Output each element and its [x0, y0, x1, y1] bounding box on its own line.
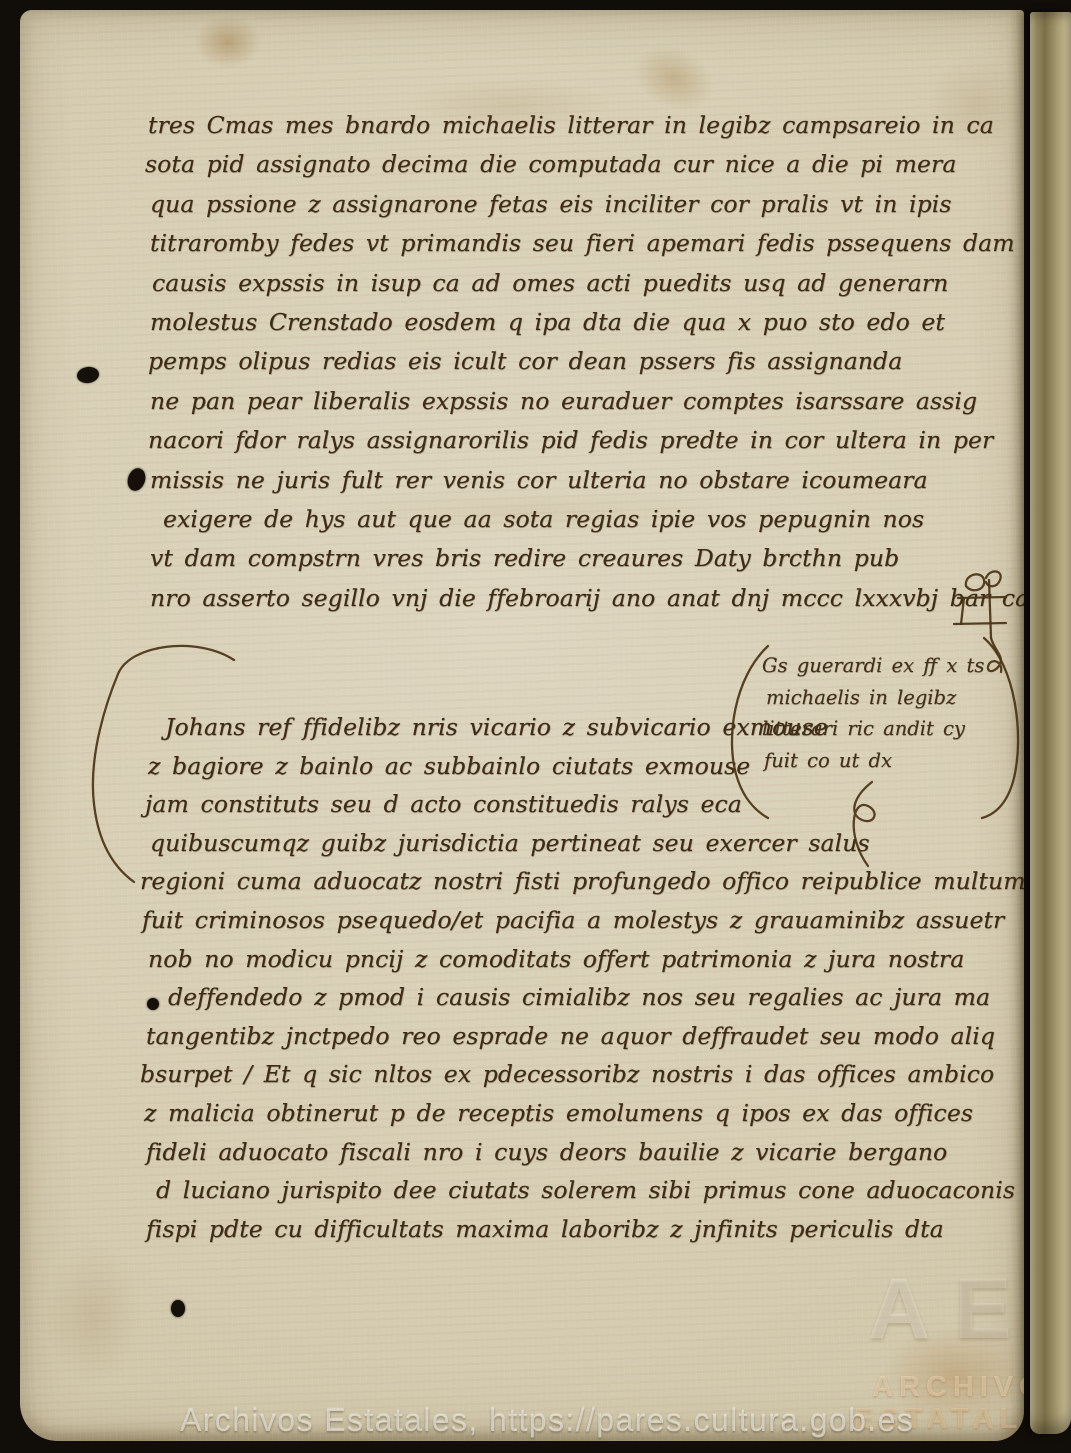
manuscript-line: qua pssione z assignarone fetas eis inci… [150, 185, 1024, 224]
manuscript-line: sota pid assignato decima die computada … [145, 145, 1024, 184]
manuscript-line: vt dam compstrn vres bris redire creaure… [150, 539, 1024, 578]
margin-note-line: fuit co ut dx [764, 745, 984, 777]
manuscript-line: fispi pdte cu difficultats maxima labori… [146, 1210, 1024, 1249]
manuscript-line: fuit criminosos psequedo/et pacifia a mo… [142, 901, 1024, 940]
manuscript-line: tangentibz jnctpedo reo esprade ne aquor… [146, 1017, 1024, 1056]
paper-stain [180, 10, 276, 80]
manuscript-line: nob no modicu pncij z comoditats offert … [148, 940, 1024, 979]
ink-spot [171, 1300, 185, 1317]
margin-note-line: litterari ric andit cy [762, 713, 984, 745]
manuscript-page: tres Cmas mes bnardo michaelis litterar … [20, 10, 1024, 1441]
margin-note-line: Gs guerardi ex ff x ts [762, 650, 984, 682]
text-block-2: Johans ref ffidelibz nris vicario z subv… [140, 708, 1024, 1248]
manuscript-line: jam constituts seu d acto constituedis r… [145, 785, 1024, 824]
manuscript-line: quibuscumqz guibz jurisdictia pertineat … [150, 824, 1024, 863]
manuscript-line: z malicia obtinerut p de receptis emolum… [144, 1094, 1024, 1133]
manuscript-line: exigere de hys aut que aa sota regias ip… [163, 500, 1024, 539]
manuscript-line: causis expssis in isup ca ad omes acti p… [152, 264, 1024, 303]
manuscript-line: tres Cmas mes bnardo michaelis litterar … [148, 106, 1024, 145]
manuscript-line: missis ne juris fult rer venis cor ulter… [150, 461, 1024, 500]
manuscript-line: regioni cuma aduocatz nostri fisti profu… [140, 862, 1024, 901]
archive-logo-initial: E [954, 1261, 1024, 1357]
ink-spot [76, 366, 100, 385]
ink-spot [147, 998, 159, 1010]
archive-logo-initial: A [868, 1261, 954, 1357]
manuscript-line: molestus Crenstado eosdem q ipa dta die … [150, 303, 1024, 342]
archive-logo-watermark: AE ARCHIVOS ESTATALES [868, 1266, 1024, 1352]
manuscript-line: fideli aduocato fiscali nro i cuys deors… [146, 1133, 1024, 1172]
manuscript-line: pemps olipus redias eis icult cor dean p… [148, 342, 1024, 381]
manuscript-line: nacori fdor ralys assignarorilis pid fed… [148, 421, 1024, 460]
manuscript-line: nro asserto segillo vnj die ffebroarij a… [150, 579, 1024, 618]
manuscript-line: deffendedo z pmod i causis cimialibz nos… [168, 978, 1024, 1017]
archive-logo-word: ARCHIVOS [872, 1370, 1024, 1405]
paper-stain [28, 1220, 158, 1410]
ink-spot [125, 466, 148, 493]
manuscript-line: d luciano jurispito dee ciutats solerem … [156, 1171, 1024, 1210]
margin-note-line: michaelis in legibz [766, 682, 984, 714]
scanned-manuscript-view: tres Cmas mes bnardo michaelis litterar … [0, 0, 1071, 1453]
provenance-watermark-text: Archivos Estatales, https://pares.cultur… [180, 1402, 960, 1439]
margin-note: Gs guerardi ex ff x ts michaelis in legi… [762, 650, 984, 776]
manuscript-line: ne pan pear liberalis expssis no euradue… [150, 382, 1024, 421]
text-block-1: tres Cmas mes bnardo michaelis litterar … [148, 106, 1024, 618]
manuscript-line: bsurpet / Et q sic nltos ex pdecessoribz… [140, 1055, 1024, 1094]
manuscript-line: titraromby fedes vt primandis seu fieri … [150, 224, 1024, 263]
adjacent-page-edge [1030, 12, 1071, 1434]
